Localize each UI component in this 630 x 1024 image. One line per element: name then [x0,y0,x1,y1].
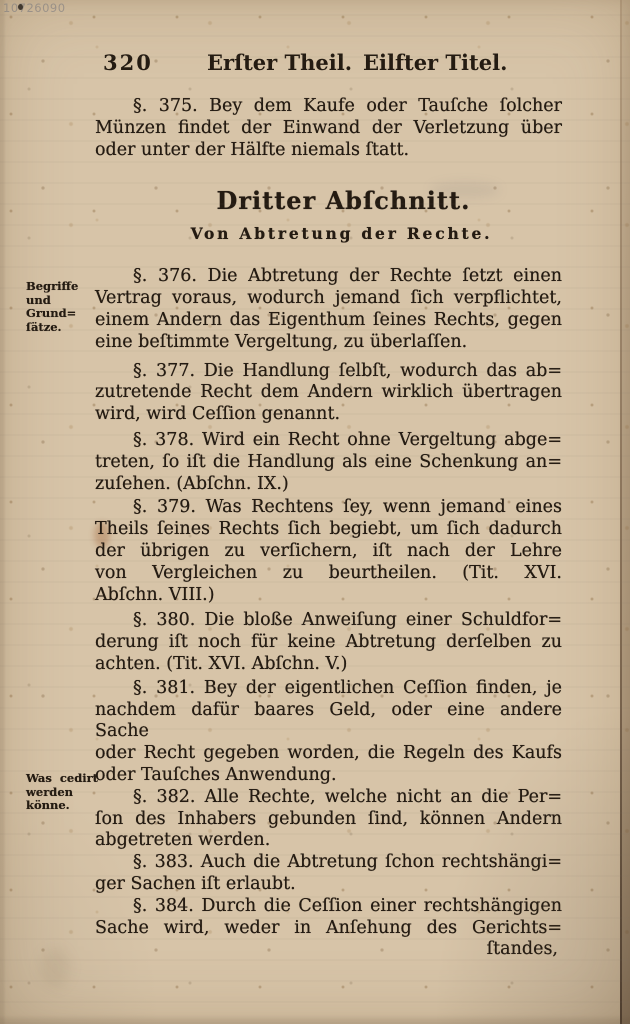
book-page-scan: 10726090 320 Erſter Theil. Eilfter Titel… [0,0,630,1024]
paragraph-378: §. 378. Wird ein Recht ohne Vergeltung a… [95,430,562,495]
paragraph-381: §. 381. Bey der eigentlichen Ceſſion fin… [95,678,562,787]
text-column: §. 375. Bey dem Kaufe oder Tauſche ſolch… [95,96,562,961]
page-number: 320 [103,50,153,75]
margin-note-begriffe-und-grundsaetze: Begriffeund Grund=ſätze. [26,280,98,334]
catchword: ſtandes, [95,939,562,961]
paper-stain [40,948,70,988]
page-edge-shadow [622,0,630,1024]
paragraph-379: §. 379. Was Rechtens ſey, wenn jemand ei… [95,497,562,606]
paragraph-382: §. 382. Alle Rechte, welche nicht an die… [95,787,562,852]
running-title-part: Erſter Theil. [207,50,352,75]
paragraph-384: §. 384. Durch die Ceſſion einer rechtshä… [95,896,562,940]
paragraph-376: §. 376. Die Abtretung der Rechte ſetzt e… [95,266,562,353]
ink-spot [18,4,23,10]
section-heading: Dritter Abſchnitt. [125,186,562,216]
paragraph-380: §. 380. Die bloße Anweiſung einer Schuld… [95,610,562,675]
paragraph-383: §. 383. Auch die Abtretung ſchon rechtsh… [95,852,562,896]
paragraph-377: §. 377. Die Handlung ſelbſt, wodurch das… [95,361,562,426]
page-header: 320 Erſter Theil. Eilfter Titel. [95,50,562,80]
running-title-chapter: Eilfter Titel. [363,50,507,75]
page-edge-crease [620,0,622,1024]
section-subheading: Von Abtretung der Rechte. [121,223,562,245]
margin-note-was-cedirt-werden-koenne: Was cedirtwerdenkönne. [26,772,98,813]
digitization-id-watermark: 10726090 [3,1,66,15]
paragraph-375: §. 375. Bey dem Kaufe oder Tauſche ſolch… [95,96,562,161]
